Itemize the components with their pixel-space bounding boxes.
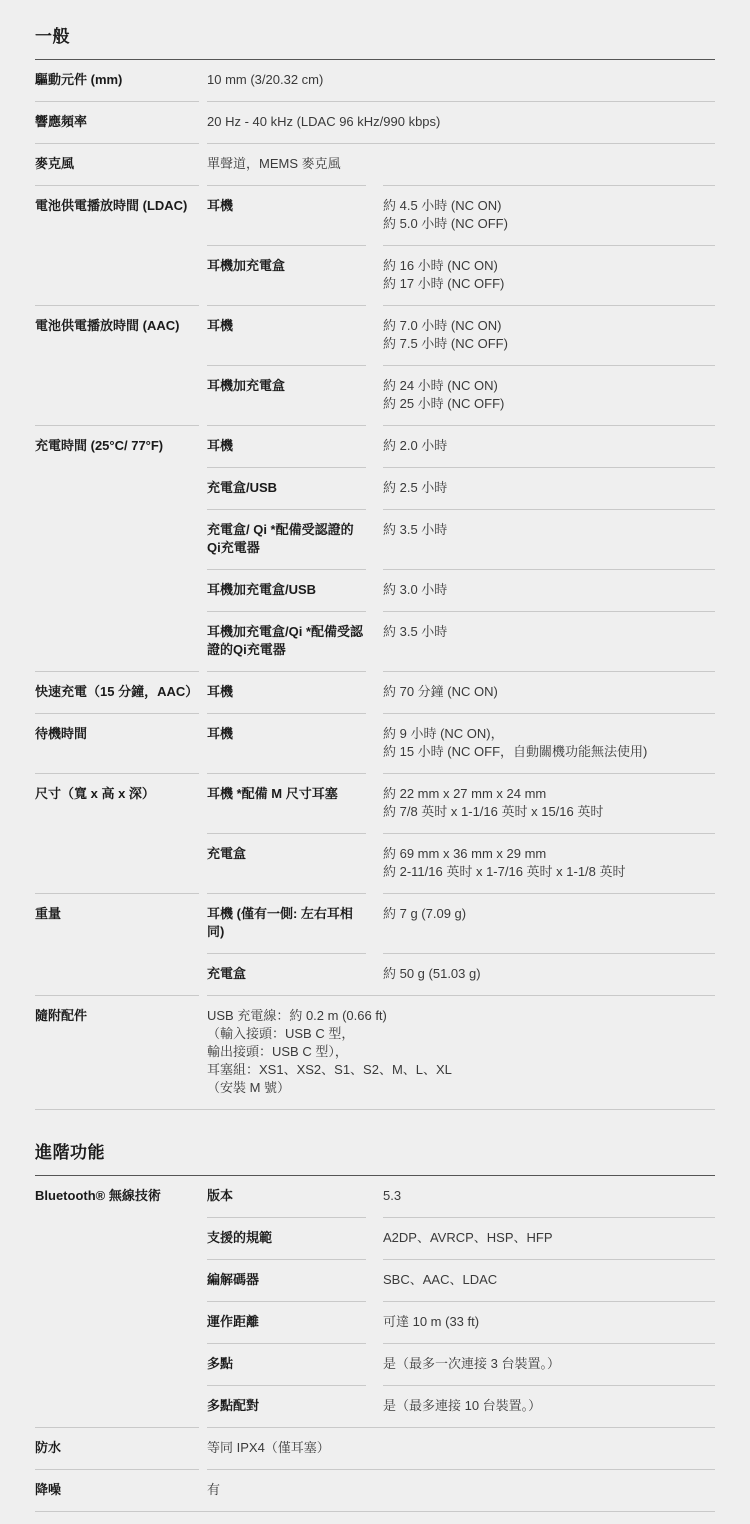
spec-value-line: 約 9 小時 (NC ON)， xyxy=(383,725,715,743)
spec-subitem: 耳機加充電盒 xyxy=(207,365,366,425)
spec-group: 防水等同 IPX4（僅耳塞） xyxy=(35,1427,715,1469)
spec-value-line: 約 3.5 小時 xyxy=(383,521,715,539)
spec-value: A2DP、AVRCP、HSP、HFP xyxy=(383,1217,715,1259)
spec-category: 快速充電（15 分鐘，AAC） xyxy=(35,671,199,713)
spec-section: 一般驅動元件 (mm)10 mm (3/20.32 cm)響應頻率20 Hz -… xyxy=(35,2,715,1110)
spec-value-line: 約 3.0 小時 xyxy=(383,581,715,599)
spec-group: 待機時間耳機約 9 小時 (NC ON)，約 15 小時 (NC OFF，自動關… xyxy=(35,713,715,773)
spec-value-line: 約 16 小時 (NC ON) xyxy=(383,257,715,275)
spec-value: 是（最多連接 10 台裝置。） xyxy=(383,1385,715,1427)
spec-subitem: 耳機加充電盒/Qi *配備受認證的Qi充電器 xyxy=(207,611,366,671)
spec-group: 隨附配件USB 充電線：約 0.2 m (0.66 ft)（輸入接頭：USB C… xyxy=(35,995,715,1109)
spec-value-line: 是（最多連接 10 台裝置。） xyxy=(383,1397,715,1415)
spec-value: 單聲道，MEMS 麥克風 xyxy=(207,143,715,185)
spec-value-line: 有 xyxy=(207,1481,715,1499)
spec-value-line: （安裝 M 號） xyxy=(207,1079,715,1097)
spec-value-line: （輸入接頭：USB C 型， xyxy=(207,1025,715,1043)
spec-value: USB 充電線：約 0.2 m (0.66 ft)（輸入接頭：USB C 型，輸… xyxy=(207,995,715,1109)
spec-category: 麥克風 xyxy=(35,143,199,185)
spec-value: 約 3.0 小時 xyxy=(383,569,715,611)
spec-value: 約 4.5 小時 (NC ON)約 5.0 小時 (NC OFF) xyxy=(383,185,715,245)
spec-category: 驅動元件 (mm) xyxy=(35,60,199,101)
spec-value: 約 70 分鐘 (NC ON) xyxy=(383,671,715,713)
spec-value-line: 約 24 小時 (NC ON) xyxy=(383,377,715,395)
spec-category: 響應頻率 xyxy=(35,101,199,143)
spec-value-line: 耳塞組：XS1、XS2、S1、S2、M、L、XL xyxy=(207,1061,715,1079)
spec-table: 一般驅動元件 (mm)10 mm (3/20.32 cm)響應頻率20 Hz -… xyxy=(0,0,750,1524)
spec-value-line: 單聲道，MEMS 麥克風 xyxy=(207,155,715,173)
spec-value-line: 約 22 mm x 27 mm x 24 mm xyxy=(383,785,715,803)
spec-value: 20 Hz - 40 kHz (LDAC 96 kHz/990 kbps) xyxy=(207,101,715,143)
spec-value: 5.3 xyxy=(383,1176,715,1217)
spec-value-line: SBC、AAC、LDAC xyxy=(383,1271,715,1289)
spec-value-line: 約 50 g (51.03 g) xyxy=(383,965,715,983)
spec-value-line: A2DP、AVRCP、HSP、HFP xyxy=(383,1229,715,1247)
spec-value: SBC、AAC、LDAC xyxy=(383,1259,715,1301)
spec-category: 降噪 xyxy=(35,1469,199,1511)
spec-subitem: 耳機加充電盒 xyxy=(207,245,366,305)
spec-subitem: 耳機 xyxy=(207,185,366,245)
spec-group: Bluetooth® 無線技術版本5.3支援的規範A2DP、AVRCP、HSP、… xyxy=(35,1176,715,1427)
spec-group: 重量耳機 (僅有一側: 左右耳相同)約 7 g (7.09 g)充電盒約 50 … xyxy=(35,893,715,995)
spec-value: 約 3.5 小時 xyxy=(383,509,715,569)
spec-value-line: 5.3 xyxy=(383,1187,715,1205)
spec-subitem: 版本 xyxy=(207,1176,366,1217)
spec-value-line: 約 25 小時 (NC OFF) xyxy=(383,395,715,413)
spec-group: 快速充電（15 分鐘，AAC）耳機約 70 分鐘 (NC ON) xyxy=(35,671,715,713)
spec-value-line: 約 7.0 小時 (NC ON) xyxy=(383,317,715,335)
spec-subitem: 耳機 *配備 M 尺寸耳塞 xyxy=(207,773,366,833)
spec-value-line: 約 2.5 小時 xyxy=(383,479,715,497)
spec-group: 驅動元件 (mm)10 mm (3/20.32 cm) xyxy=(35,60,715,101)
spec-category: 電池供電播放時間 (AAC) xyxy=(35,305,199,425)
section-title: 進階功能 xyxy=(35,1110,715,1176)
spec-category: 待機時間 xyxy=(35,713,199,773)
spec-subitem: 耳機 xyxy=(207,425,366,467)
spec-subitem: 耳機 xyxy=(207,305,366,365)
spec-group: 電池供電播放時間 (LDAC)耳機約 4.5 小時 (NC ON)約 5.0 小… xyxy=(35,185,715,305)
spec-value: 約 9 小時 (NC ON)，約 15 小時 (NC OFF，自動關機功能無法使… xyxy=(383,713,715,773)
spec-value: 約 22 mm x 27 mm x 24 mm約 7/8 英时 x 1-1/16… xyxy=(383,773,715,833)
spec-group: 電池供電播放時間 (AAC)耳機約 7.0 小時 (NC ON)約 7.5 小時… xyxy=(35,305,715,425)
spec-value-line: 約 15 小時 (NC OFF，自動關機功能無法使用) xyxy=(383,743,715,761)
spec-value-line: 約 7.5 小時 (NC OFF) xyxy=(383,335,715,353)
spec-subitem: 編解碼器 xyxy=(207,1259,366,1301)
spec-value: 約 50 g (51.03 g) xyxy=(383,953,715,995)
spec-group: 尺寸（寬 x 高 x 深）耳機 *配備 M 尺寸耳塞約 22 mm x 27 m… xyxy=(35,773,715,893)
spec-value-line: 20 Hz - 40 kHz (LDAC 96 kHz/990 kbps) xyxy=(207,113,715,131)
spec-value-line: 約 5.0 小時 (NC OFF) xyxy=(383,215,715,233)
spec-value-line: 約 3.5 小時 xyxy=(383,623,715,641)
spec-group: 麥克風單聲道，MEMS 麥克風 xyxy=(35,143,715,185)
spec-subitem: 充電盒 xyxy=(207,953,366,995)
spec-value-line: 是（最多一次連接 3 台裝置。） xyxy=(383,1355,715,1373)
spec-category: 充電時間 (25°C/ 77°F) xyxy=(35,425,199,671)
spec-category: 重量 xyxy=(35,893,199,995)
spec-value-line: 約 2.0 小時 xyxy=(383,437,715,455)
spec-value-line: USB 充電線：約 0.2 m (0.66 ft) xyxy=(207,1007,715,1025)
spec-value-line: 約 2-11/16 英时 x 1-7/16 英时 x 1-1/8 英时 xyxy=(383,863,715,881)
spec-subitem: 耳機 xyxy=(207,713,366,773)
spec-value-line: 輸出接頭：USB C 型）， xyxy=(207,1043,715,1061)
spec-value: 約 16 小時 (NC ON)約 17 小時 (NC OFF) xyxy=(383,245,715,305)
spec-value-line: 10 mm (3/20.32 cm) xyxy=(207,71,715,89)
spec-value: 約 7 g (7.09 g) xyxy=(383,893,715,953)
spec-value-line: 可達 10 m (33 ft) xyxy=(383,1313,715,1331)
spec-value: 約 2.0 小時 xyxy=(383,425,715,467)
spec-value: 約 3.5 小時 xyxy=(383,611,715,671)
spec-value: 約 24 小時 (NC ON)約 25 小時 (NC OFF) xyxy=(383,365,715,425)
spec-subitem: 多點 xyxy=(207,1343,366,1385)
spec-value-line: 約 70 分鐘 (NC ON) xyxy=(383,683,715,701)
spec-value-line: 約 7/8 英时 x 1-1/16 英时 x 15/16 英时 xyxy=(383,803,715,821)
section-title: 一般 xyxy=(35,2,715,60)
spec-group: 響應頻率20 Hz - 40 kHz (LDAC 96 kHz/990 kbps… xyxy=(35,101,715,143)
spec-value-line: 約 69 mm x 36 mm x 29 mm xyxy=(383,845,715,863)
spec-value: 約 69 mm x 36 mm x 29 mm約 2-11/16 英时 x 1-… xyxy=(383,833,715,893)
spec-subitem: 支援的規範 xyxy=(207,1217,366,1259)
spec-value-line: 等同 IPX4（僅耳塞） xyxy=(207,1439,715,1457)
spec-value-line: 約 17 小時 (NC OFF) xyxy=(383,275,715,293)
spec-value: 可達 10 m (33 ft) xyxy=(383,1301,715,1343)
spec-value: 有 xyxy=(207,1469,715,1511)
spec-value: 約 7.0 小時 (NC ON)約 7.5 小時 (NC OFF) xyxy=(383,305,715,365)
spec-group: 充電時間 (25°C/ 77°F)耳機約 2.0 小時充電盒/USB約 2.5 … xyxy=(35,425,715,671)
spec-subitem: 運作距離 xyxy=(207,1301,366,1343)
spec-subitem: 耳機 xyxy=(207,671,366,713)
spec-subitem: 耳機 (僅有一側: 左右耳相同) xyxy=(207,893,366,953)
spec-value: 10 mm (3/20.32 cm) xyxy=(207,60,715,101)
spec-section: 進階功能Bluetooth® 無線技術版本5.3支援的規範A2DP、AVRCP、… xyxy=(35,1110,715,1512)
spec-value: 是（最多一次連接 3 台裝置。） xyxy=(383,1343,715,1385)
spec-subitem: 耳機加充電盒/USB xyxy=(207,569,366,611)
spec-category: 防水 xyxy=(35,1427,199,1469)
spec-value: 等同 IPX4（僅耳塞） xyxy=(207,1427,715,1469)
spec-value-line: 約 4.5 小時 (NC ON) xyxy=(383,197,715,215)
spec-value: 約 2.5 小時 xyxy=(383,467,715,509)
spec-category: Bluetooth® 無線技術 xyxy=(35,1176,199,1427)
spec-subitem: 充電盒/ Qi *配備受認證的Qi充電器 xyxy=(207,509,366,569)
spec-category: 尺寸（寬 x 高 x 深） xyxy=(35,773,199,893)
spec-group: 降噪有 xyxy=(35,1469,715,1511)
spec-subitem: 充電盒 xyxy=(207,833,366,893)
spec-category: 電池供電播放時間 (LDAC) xyxy=(35,185,199,305)
spec-category: 隨附配件 xyxy=(35,995,199,1109)
spec-subitem: 多點配對 xyxy=(207,1385,366,1427)
spec-subitem: 充電盒/USB xyxy=(207,467,366,509)
spec-value-line: 約 7 g (7.09 g) xyxy=(383,905,715,923)
